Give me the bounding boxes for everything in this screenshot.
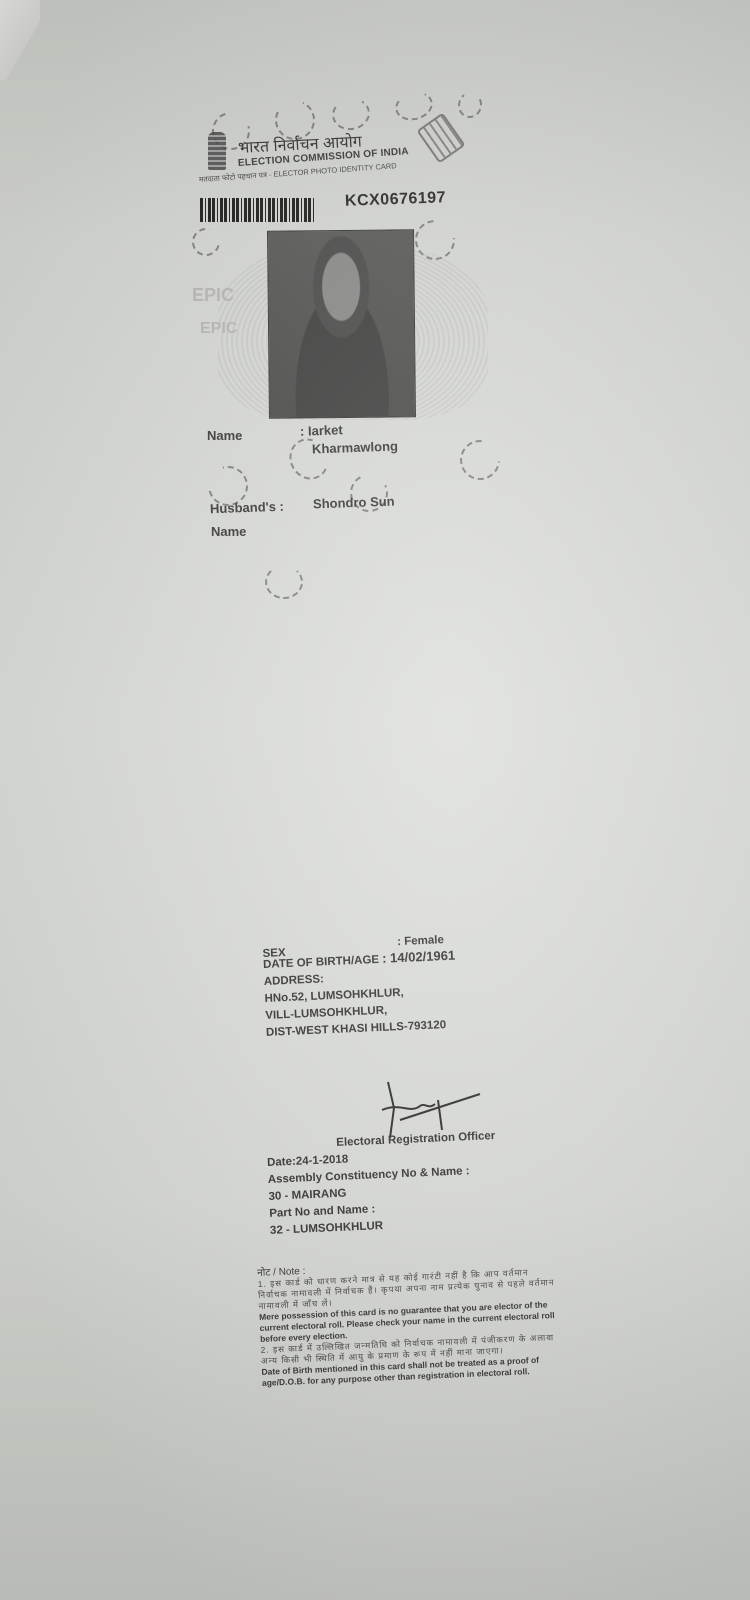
epic-watermark: EPIC (192, 285, 234, 306)
swirl-pattern (392, 88, 436, 125)
sex-value: : Female (397, 932, 444, 951)
epic-number: KCX0676197 (345, 189, 447, 211)
sex-label: SEX (262, 945, 286, 963)
swirl-pattern (456, 90, 484, 120)
page-fold-corner (0, 0, 40, 80)
dob-value: : 14/02/1961 (382, 948, 456, 966)
name-value-line2: Kharmawlong (312, 439, 398, 457)
swirl-pattern (330, 95, 373, 133)
back-footer: Electoral Registration Officer Date:24-1… (266, 1125, 570, 1240)
swirl-pattern (187, 223, 225, 261)
barcode (200, 198, 315, 222)
relation-label: Husband's : (210, 499, 284, 517)
back-details: SEX : Female DATE OF BIRTH/AGE : 14/02/1… (262, 928, 546, 1042)
epic-watermark: EPIC (200, 320, 237, 338)
swirl-pattern (452, 432, 508, 488)
name-first: Iarket (308, 422, 343, 438)
relation-value: Shondro Sun (313, 494, 395, 512)
holder-photo (267, 229, 416, 419)
name-label: Name (207, 428, 242, 443)
name-value-line1: : Iarket (300, 422, 343, 438)
swirl-pattern (265, 565, 303, 599)
evm-logo-icon (416, 112, 465, 163)
note-block: नोट / Note : 1. इस कार्ड को धारण करने मा… (257, 1255, 562, 1389)
relation-label-line2: Name (211, 524, 246, 539)
name-separator: : (300, 424, 305, 439)
swirl-pattern (282, 431, 336, 486)
national-emblem-icon (208, 132, 226, 170)
